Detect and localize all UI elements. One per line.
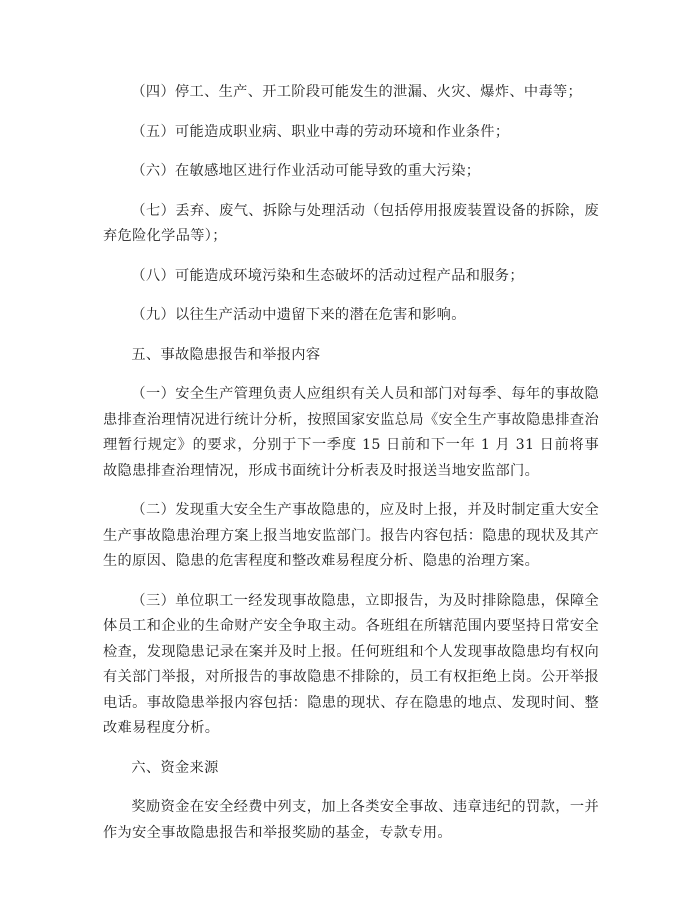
paragraph-item-8: （八）可能造成环境污染和生态破坏的活动过程产品和服务；: [103, 264, 599, 290]
paragraph-item-6: （六）在敏感地区进行作业活动可能导致的重大污染；: [103, 159, 599, 185]
paragraph-item-4: （四）停工、生产、开工阶段可能发生的泄漏、火灾、爆炸、中毒等；: [103, 80, 599, 106]
paragraph-funding: 奖励资金在安全经费中列支，加上各类安全事故、违章违纪的罚款，一并作为安全事故隐患…: [103, 795, 599, 846]
document-page: （四）停工、生产、开工阶段可能发生的泄漏、火灾、爆炸、中毒等； （五）可能造成职…: [103, 80, 599, 860]
paragraph-report-1: （一）安全生产管理负责人应组织有关人员和部门对每季、每年的事故隐患排查治理情况进…: [103, 382, 599, 484]
paragraph-item-5: （五）可能造成职业病、职业中毒的劳动环境和作业条件；: [103, 120, 599, 146]
paragraph-report-3: （三）单位职工一经发现事故隐患，立即报告，为及时排除隐患，保障全体员工和企业的生…: [103, 589, 599, 742]
paragraph-item-7: （七）丢弃、废气、拆除与处理活动（包括停用报废装置设备的拆除，废弃危险化学品等）…: [103, 199, 599, 250]
section-heading-6: 六、资金来源: [103, 756, 599, 782]
section-heading-5: 五、事故隐患报告和举报内容: [103, 343, 599, 369]
paragraph-item-9: （九）以往生产活动中遗留下来的潜在危害和影响。: [103, 303, 599, 329]
paragraph-report-2: （二）发现重大安全生产事故隐患的，应及时上报，并及时制定重大安全生产事故隐患治理…: [103, 498, 599, 575]
